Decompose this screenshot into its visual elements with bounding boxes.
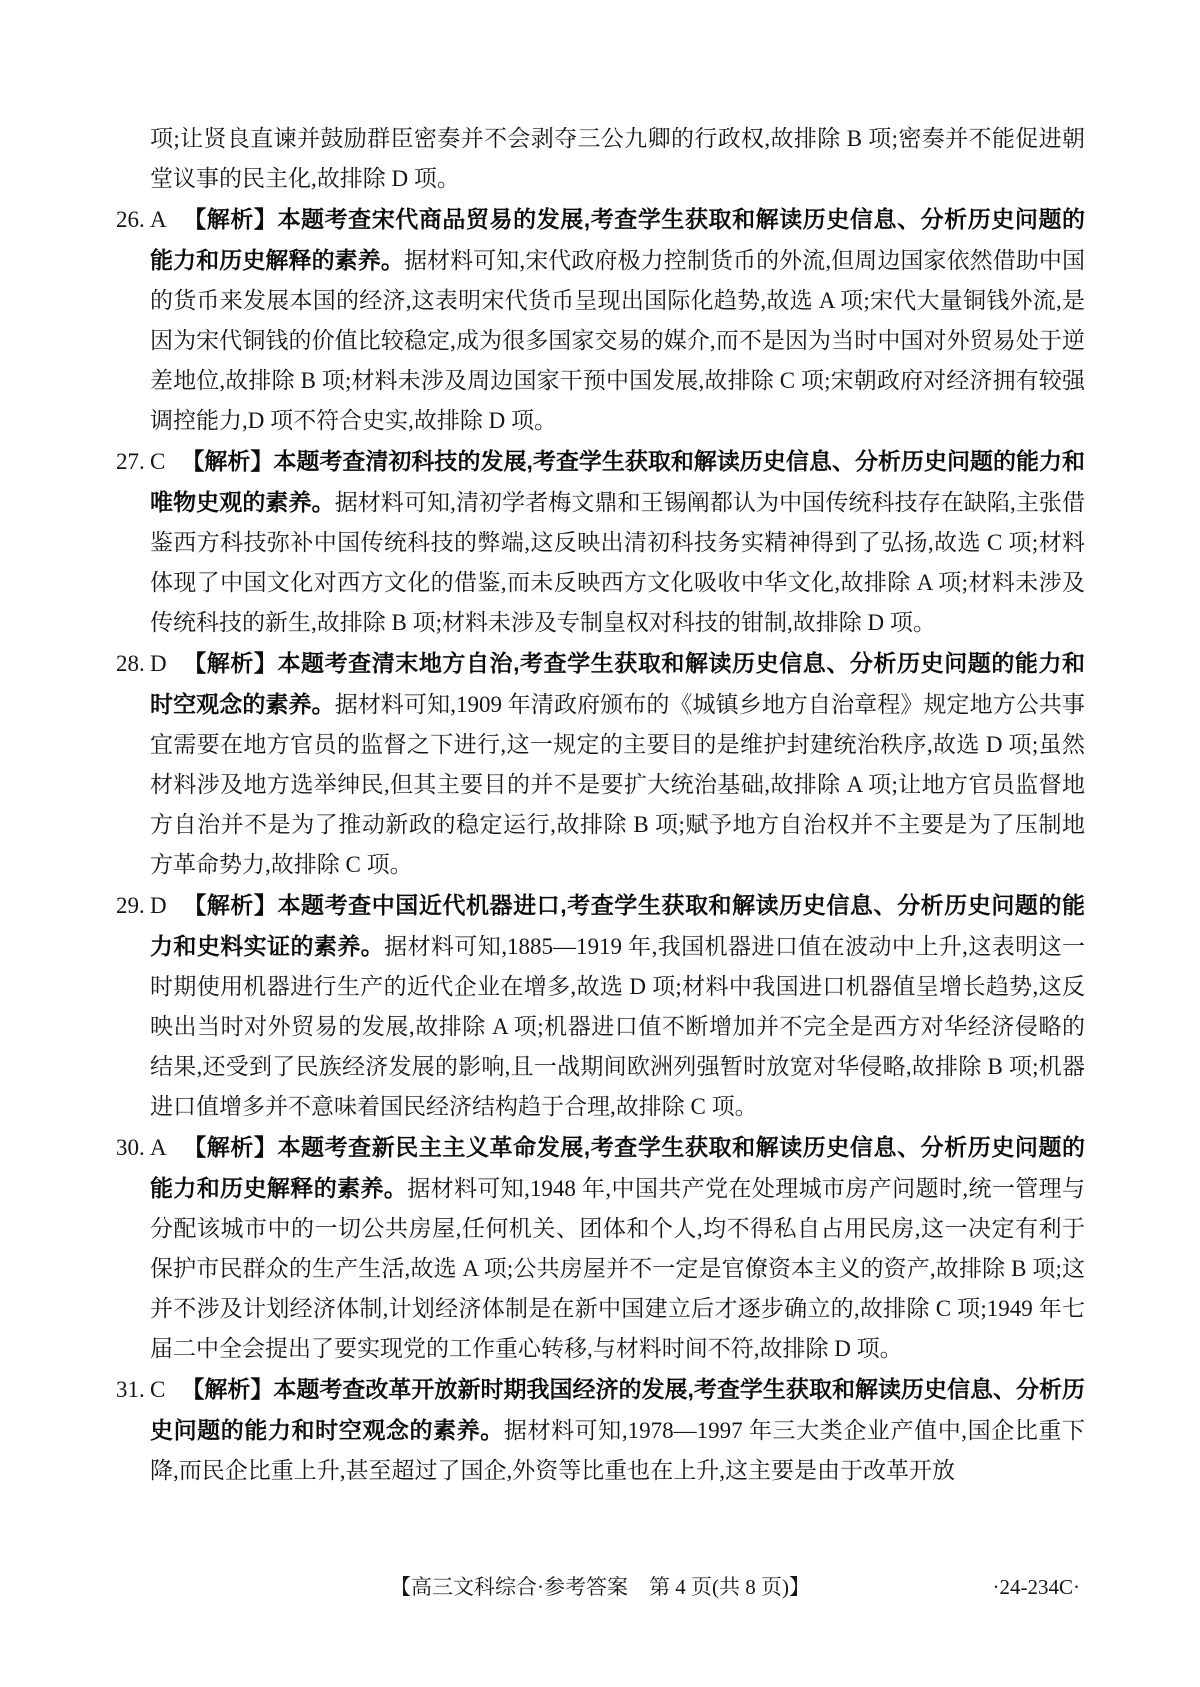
answers-section: 项;让贤良直谏并鼓励群臣密奏并不会剥夺三公九卿的行政权,故排除 B 项;密奏并不… <box>116 119 1085 1491</box>
analysis-detail: 据材料可知,1909 年清政府颁布的《城镇乡地方自治章程》规定地方公共事宜需要在… <box>150 692 1085 877</box>
analysis-label: 【解析】 <box>183 892 278 918</box>
question-number: 30. <box>116 1128 150 1168</box>
question-number: 26. <box>116 200 150 240</box>
answer-letter: A <box>150 207 167 232</box>
question-number: 29. <box>116 886 150 926</box>
answer-item-26: 26.A【解析】本题考查宋代商品贸易的发展,考查学生获取和解读历史信息、分析历史… <box>116 199 1085 441</box>
answer-item-29: 29.D【解析】本题考查中国近代机器进口,考查学生获取和解读历史信息、分析历史问… <box>116 885 1085 1127</box>
answer-letter: D <box>150 893 167 918</box>
analysis-label: 【解析】 <box>183 1134 278 1160</box>
answer-item-27: 27.C【解析】本题考查清初科技的发展,考查学生获取和解读历史信息、分析历史问题… <box>116 441 1085 643</box>
analysis-label: 【解析】 <box>183 650 278 676</box>
answer-key-page: { "doc": { "continuation": "项;让贤良直谏并鼓励群臣… <box>0 0 1200 1687</box>
answer-item-28: 28.D【解析】本题考查清末地方自治,考查学生获取和解读历史信息、分析历史问题的… <box>116 643 1085 885</box>
question-number: 28. <box>116 644 150 684</box>
page-footer: 【高三文科综合·参考答案 第 4 页(共 8 页)】 ·24-234C· <box>0 1572 1200 1612</box>
answer-letter: C <box>150 449 165 474</box>
question-number: 31. <box>116 1370 150 1410</box>
answer-item-31: 31.C【解析】本题考查改革开放新时期我国经济的发展,考查学生获取和解读历史信息… <box>116 1369 1085 1491</box>
footer-paper-code: ·24-234C· <box>993 1572 1081 1602</box>
continued-answer-text: 项;让贤良直谏并鼓励群臣密奏并不会剥夺三公九卿的行政权,故排除 B 项;密奏并不… <box>116 119 1085 199</box>
question-number: 27. <box>116 442 150 482</box>
analysis-label: 【解析】 <box>181 1376 273 1402</box>
analysis-detail: 据材料可知,宋代政府极力控制货币的外流,但周边国家依然借助中国的货币来发展本国的… <box>150 248 1085 433</box>
answer-letter: A <box>150 1135 167 1160</box>
answer-letter: C <box>150 1377 165 1402</box>
analysis-label: 【解析】 <box>183 206 278 232</box>
analysis-detail: 据材料可知,1885—1919 年,我国机器进口值在波动中上升,这表明这一时期使… <box>150 934 1085 1119</box>
answer-letter: D <box>150 651 167 676</box>
answer-item-30: 30.A【解析】本题考查新民主主义革命发展,考查学生获取和解读历史信息、分析历史… <box>116 1127 1085 1369</box>
analysis-detail: 据材料可知,1948 年,中国共产党在处理城市房产问题时,统一管理与分配该城市中… <box>150 1176 1085 1361</box>
analysis-label: 【解析】 <box>181 448 273 474</box>
